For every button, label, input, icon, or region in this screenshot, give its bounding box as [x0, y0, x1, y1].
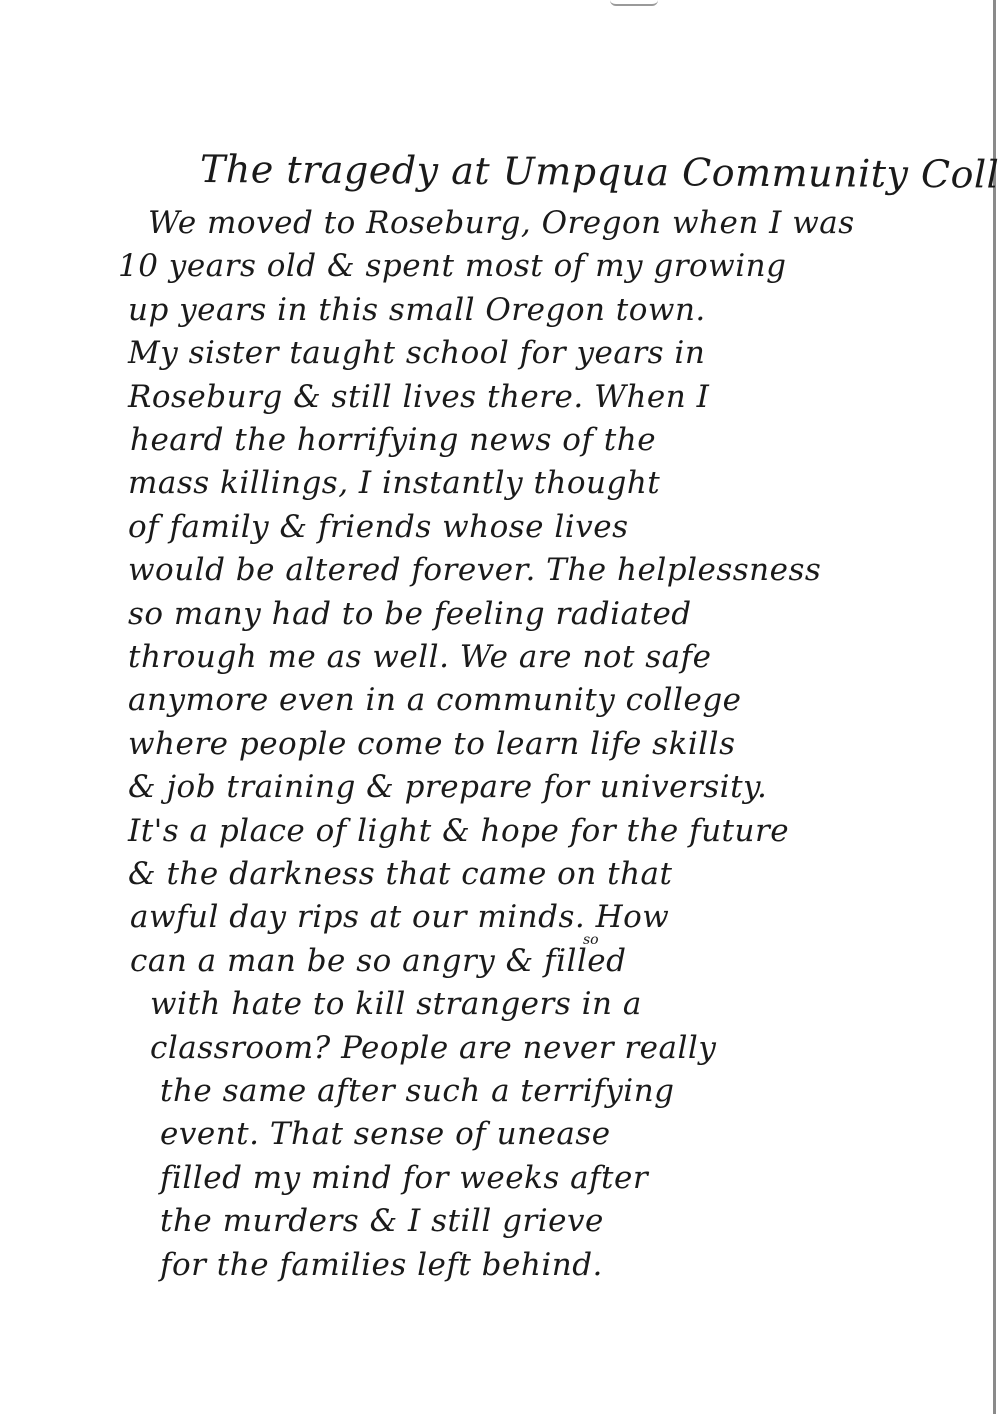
page-edge-line — [993, 0, 996, 1414]
letter-line: classroom? People are never really — [150, 1030, 716, 1066]
letter-line: 10 years old & spent most of my growing — [118, 248, 786, 284]
letter-line: through me as well. We are not safe — [128, 639, 711, 675]
letter-line: Roseburg & still lives there. When I — [128, 379, 709, 415]
letter-line: We moved to Roseburg, Oregon when I was — [148, 205, 855, 241]
letter-line: filled my mind for weeks after — [160, 1160, 648, 1196]
letter-line: the murders & I still grieve — [160, 1203, 604, 1239]
letter-line: mass killings, I instantly thought — [128, 465, 660, 501]
letter-line: heard the horrifying news of the — [130, 422, 656, 458]
letter-line: & the darkness that came on that — [128, 856, 672, 892]
letter-title: The tragedy at Umpqua Community College — [200, 147, 1000, 197]
letter-line: with hate to kill strangers in a — [150, 986, 642, 1022]
letter-line: would be altered forever. The helplessne… — [128, 552, 821, 588]
handwritten-letter-page: The tragedy at Umpqua Community College … — [0, 0, 1000, 1414]
letter-line: anymore even in a community college — [128, 682, 742, 718]
letter-line: My sister taught school for years in — [128, 335, 705, 371]
letter-line: where people come to learn life skills — [128, 726, 736, 762]
scan-mark — [610, 0, 658, 6]
letter-line: up years in this small Oregon town. — [128, 292, 706, 328]
letter-line: can a man be so angry & filled — [130, 943, 627, 979]
letter-line: so many had to be feeling radiated — [128, 596, 692, 632]
letter-line: awful day rips at our minds. How — [130, 899, 669, 935]
letter-line: of family & friends whose lives — [128, 509, 628, 545]
letter-line: the same after such a terrifying — [160, 1073, 675, 1109]
letter-line: for the families left behind. — [160, 1247, 603, 1283]
inserted-word: so — [583, 932, 599, 948]
letter-line: It's a place of light & hope for the fut… — [128, 813, 789, 849]
letter-line: event. That sense of unease — [160, 1116, 611, 1152]
letter-line: & job training & prepare for university. — [128, 769, 767, 805]
